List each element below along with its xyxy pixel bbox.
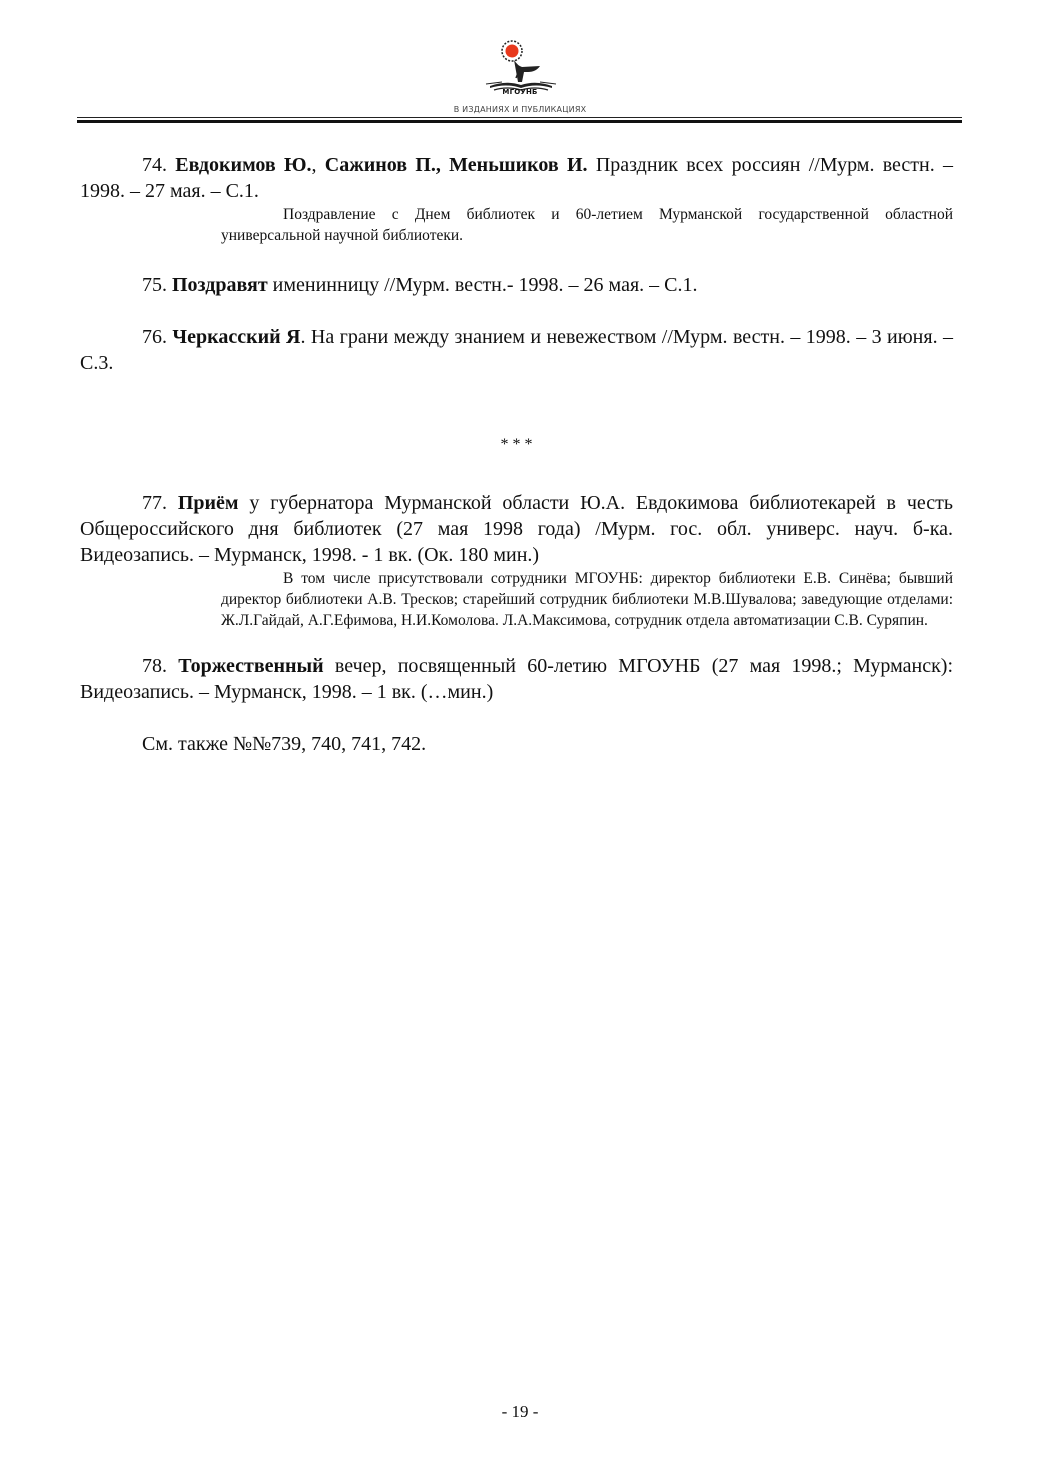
entry-number: 76. [142, 326, 167, 348]
entry-authors: Черкасский Я [172, 326, 300, 348]
entry-77-annotation: В том числе присутствовали сотрудники МГ… [221, 568, 953, 631]
entry-title-lead: Приём [178, 492, 239, 514]
entry-74-annotation: Поздравление с Днем библиотек и 60-летие… [221, 204, 953, 246]
see-also: См. также №№739, 740, 741, 742. [80, 731, 953, 757]
entry-75: 75. Поздравят именинницу //Мурм. вестн.-… [80, 272, 953, 298]
entry-title-lead: Поздравят [172, 274, 268, 296]
entry-authors: Евдокимов Ю. [175, 154, 311, 176]
entry-authors-2: Сажинов П., Меньшиков И. [325, 154, 588, 176]
document-body: 74. Евдокимов Ю., Сажинов П., Меньшиков … [80, 152, 953, 757]
entry-78: 78. Торжественный вечер, посвященный 60-… [80, 653, 953, 705]
entry-separator: , [312, 154, 325, 176]
entry-number: 77. [142, 492, 167, 514]
entry-77: 77. Приём у губернатора Мурманской облас… [80, 490, 953, 568]
logo-name: МГОУНБ [480, 88, 560, 96]
entry-title-lead: Торжественный [178, 655, 324, 677]
entry-text: именинницу //Мурм. вестн.- 1998. – 26 ма… [268, 274, 698, 296]
entry-74: 74. Евдокимов Ю., Сажинов П., Меньшиков … [80, 152, 953, 204]
entry-number: 78. [142, 655, 167, 677]
header-rule-thin [77, 117, 962, 118]
entry-76: 76. Черкасский Я. На грани между знанием… [80, 324, 953, 376]
entry-number: 74. [142, 154, 167, 176]
page-number: - 19 - [440, 1402, 600, 1422]
entry-number: 75. [142, 274, 167, 296]
header-subtitle: В ИЗДАНИЯХ И ПУБЛИКАЦИЯХ [400, 105, 640, 114]
page-header: МГОУНБ В ИЗДАНИЯХ И ПУБЛИКАЦИЯХ [0, 0, 1040, 125]
header-rule-thick [77, 120, 962, 123]
section-separator: * * * [80, 432, 953, 458]
